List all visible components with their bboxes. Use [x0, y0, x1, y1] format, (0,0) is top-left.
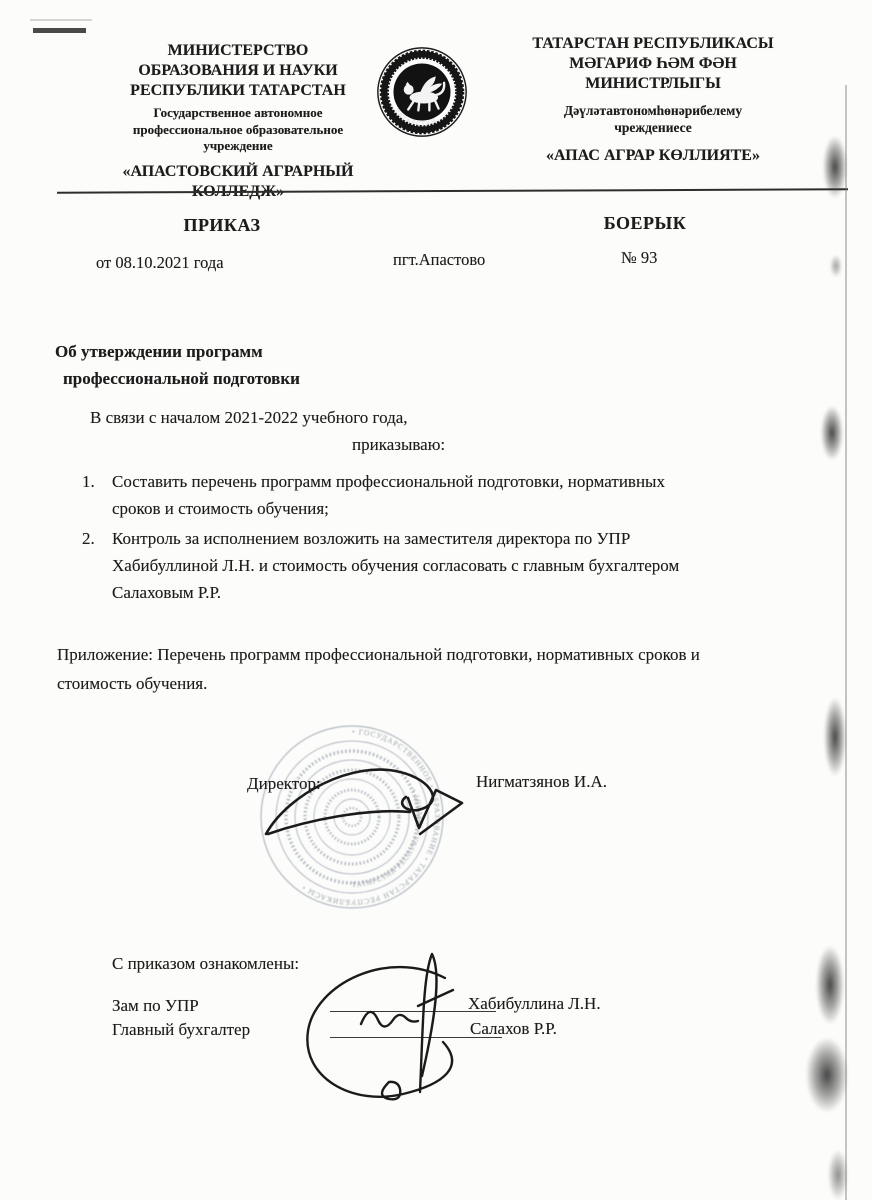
org-type-ru: Государственное автономное [95, 105, 381, 122]
order-number: № 93 [621, 248, 657, 268]
tatarstan-emblem-icon: ТАТАРСТАН [376, 46, 468, 138]
ministry-name-tt: МИНИСТРЛЫГЫ [488, 74, 818, 94]
order-subject: Об утверждении программ профессиональной… [55, 338, 300, 392]
scan-artifact [824, 698, 846, 776]
scan-artifact [816, 946, 844, 1024]
org-name-tt: «АПАС АГРАР КӨЛЛИЯТЕ» [488, 146, 818, 166]
acknowledgement-signature [293, 946, 511, 1108]
director-name: Нигматзянов И.А. [476, 768, 607, 795]
ack-role-1: Зам по УПР [112, 992, 199, 1019]
preamble-text: В связи с началом 2021-2022 учебного год… [90, 404, 408, 431]
ministry-name-ru: МИНИСТЕРСТВО [95, 41, 381, 61]
attachment-note: Приложение: Перечень программ профессион… [57, 640, 857, 698]
ministry-name-tt: МӘГАРИФ ҺӘМ ФӘН [488, 54, 818, 74]
org-type-tt: чреждениесе [488, 120, 818, 137]
scan-artifact [845, 85, 847, 1200]
order-title-tt: БОЕРЫК [565, 213, 725, 234]
decree-word: приказываю: [352, 431, 445, 458]
ministry-name-tt: ТАТАРСТАН РЕСПУБЛИКАСЫ [488, 34, 818, 54]
org-name-ru: «АПАСТОВСКИЙ АГРАРНЫЙ [95, 162, 381, 182]
scan-artifact [30, 19, 92, 21]
order-item-1: 1. Составить перечень программ профессио… [82, 468, 802, 522]
ministry-name-ru: ОБРАЗОВАНИЯ И НАУКИ [95, 61, 381, 81]
order-date: от 08.10.2021 года [96, 253, 224, 273]
order-title-ru: ПРИКАЗ [142, 215, 302, 236]
order-items: 1. Составить перечень программ профессио… [82, 468, 802, 609]
scan-artifact [33, 28, 86, 33]
scan-artifact [806, 1038, 848, 1112]
order-place: пгт.Апастово [393, 250, 485, 270]
org-type-ru: профессиональное образовательное [95, 122, 381, 139]
scan-artifact [830, 255, 842, 277]
order-item-2: 2. Контроль за исполнением возложить на … [82, 525, 802, 606]
org-type-ru: учреждение [95, 138, 381, 155]
letterhead-left: МИНИСТЕРСТВО ОБРАЗОВАНИЯ И НАУКИ РЕСПУБЛ… [95, 41, 381, 202]
org-type-tt: Дәүләтавтономһөнәрибелему [488, 103, 818, 120]
scan-artifact [821, 406, 843, 460]
scan-artifact [823, 136, 847, 198]
scan-artifact [828, 1150, 848, 1200]
ack-role-2: Главный бухгалтер [112, 1016, 250, 1043]
acknowledged-label: С приказом ознакомлены: [112, 950, 299, 977]
director-signature [248, 742, 473, 854]
scanned-document-page: МИНИСТЕРСТВО ОБРАЗОВАНИЯ И НАУКИ РЕСПУБЛ… [0, 0, 872, 1200]
letterhead-right: ТАТАРСТАН РЕСПУБЛИКАСЫ МӘГАРИФ ҺӘМ ФӘН М… [488, 34, 818, 166]
ministry-name-ru: РЕСПУБЛИКИ ТАТАРСТАН [95, 81, 381, 101]
